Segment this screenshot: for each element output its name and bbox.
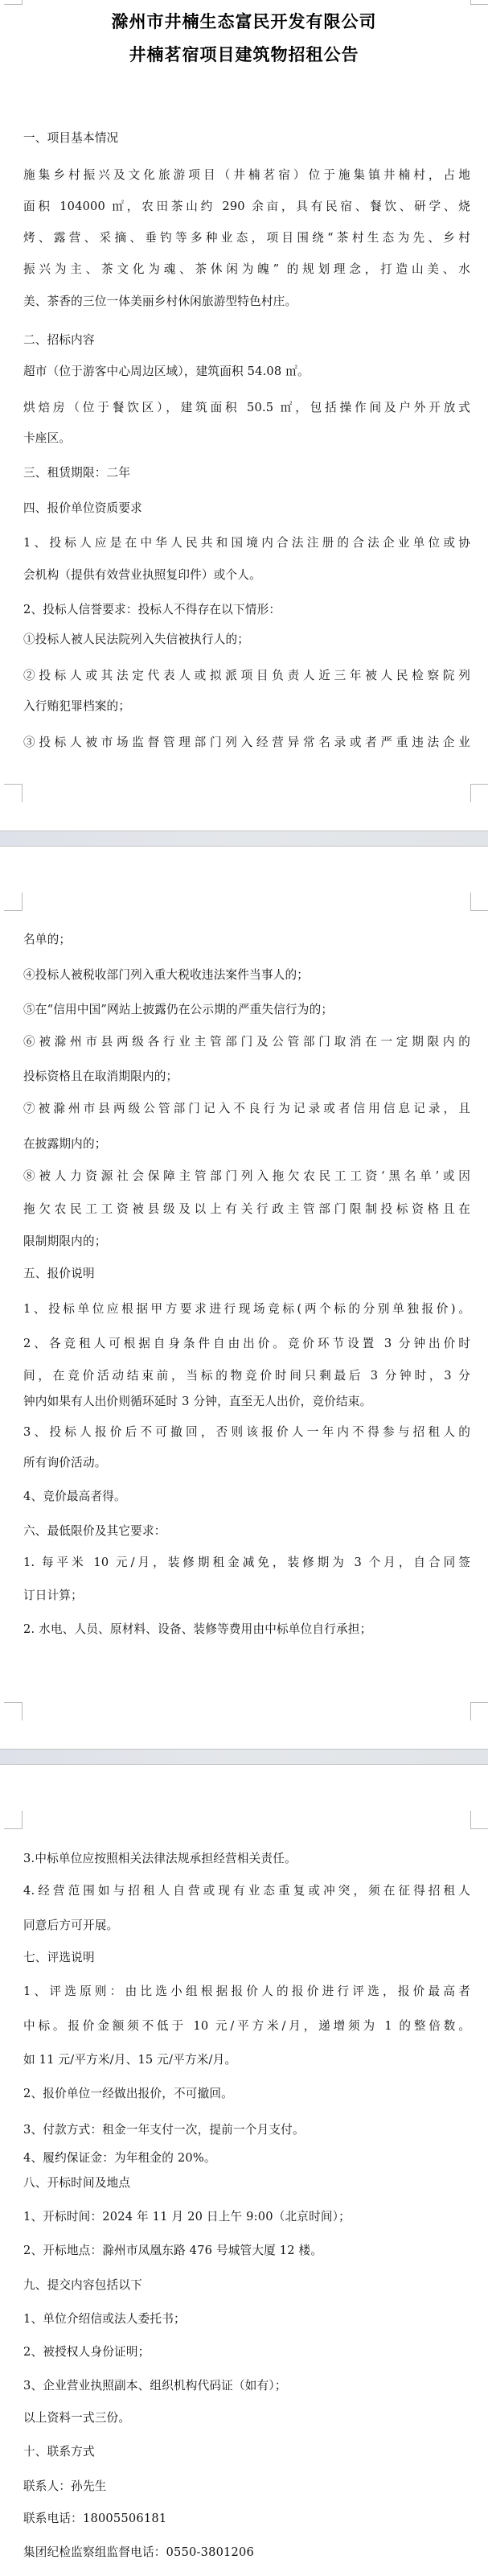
document-text-line: 间，在竞价活动结束前，当标的物竞价时间只剩最后 3 分钟时，3 分 <box>23 1368 470 1384</box>
document-text-line: 十、联系方式 <box>23 2444 474 2460</box>
document-text-line: 四、报价单位资质要求 <box>23 501 474 517</box>
document-text-line: 3、投标人报价后不可撤回，否则该报价人一年内不得参与招租人的 <box>23 1424 470 1440</box>
page-margin-mark <box>4 784 23 802</box>
page-margin-mark <box>470 892 488 911</box>
document-text-line: 振兴为主、茶文化为魂、茶休闲为魄” 的规划理念，打造山美、水 <box>23 262 470 278</box>
document-text-line: 投标资格且在取消期限内的； <box>23 1069 474 1085</box>
document-text-line: 3.中标单位应按照相关法律法规承担经营相关责任。 <box>23 1851 474 1867</box>
document-text-line: 3、企业营业执照副本、组织机构代码证（如有）； <box>23 2378 474 2394</box>
document-text-line: 1、投标单位应根据甲方要求进行现场竞标(两个标的分别单独报价)。 <box>23 1301 470 1317</box>
document-text-line: 1. 每平米 10 元/月，装修期租金减免，装修期为 3 个月，自合同签 <box>23 1555 470 1571</box>
document-text-line: 三、租赁期限：二年 <box>23 465 474 481</box>
document-text-line: 烤、露营、采摘、垂钓等多种业态，项目围绕“茶村生态为先、乡村 <box>23 230 470 246</box>
document-text-line: 1、评选原则：由比选小组根据报价人的报价进行评选，报价最高者 <box>23 1984 470 2000</box>
document-text-line: 2、开标地点：滁州市凤凰东路 476 号城管大厦 12 楼。 <box>23 2243 474 2259</box>
document-title-company: 滁州市井楠生态富民开发有限公司 <box>0 11 488 32</box>
document-text-line: 入行贿犯罪档案的； <box>23 699 474 715</box>
document-text-line: 八、开标时间及地点 <box>23 2175 474 2191</box>
page-margin-mark <box>470 1811 488 1829</box>
document-text-line: 联系电话：18005506181 <box>23 2511 474 2527</box>
document-text-line: 五、报价说明 <box>23 1266 474 1282</box>
document-text-line: 订日计算； <box>23 1588 474 1604</box>
document-text-line: ⑧被人力资源社会保障主管部门列入拖欠农民工工资‘黑名单’或因 <box>23 1168 470 1185</box>
document-text-line: 美、茶香的三位一体美丽乡村休闲旅游型特色村庄。 <box>23 294 474 310</box>
document-text-line: 4.经营范围如与招租人自营或现有业态重复或冲突，须在征得招租人 <box>23 1883 470 1899</box>
document-text-line: ⑤在“信用中国”网站上披露仍在公示期的严重失信行为的； <box>23 1002 474 1018</box>
page-margin-mark <box>470 0 488 5</box>
document-text-line: 2、被授权人身份证明； <box>23 2344 474 2360</box>
document-text-line: ②投标人或其法定代表人或拟派项目负责人近三年被人民检察院列 <box>23 668 470 684</box>
document-text-line: 九、提交内容包括以下 <box>23 2277 474 2294</box>
document-text-line: 3、付款方式：租金一年支付一次，提前一个月支付。 <box>23 2122 474 2138</box>
document-text-line: 2. 水电、人员、原材料、设备、装修等费用由中标单位自行承担； <box>23 1622 474 1638</box>
document-text-line: 同意后方可开展。 <box>23 1918 474 1934</box>
document-text-line: 七、评选说明 <box>23 1950 474 1966</box>
document-text-line: 4、履约保证金：为年租金的 20%。 <box>23 2150 474 2166</box>
document-text-line: 以上资料一式三份。 <box>23 2410 474 2426</box>
document-text-line: 4、竞价最高者得。 <box>23 1489 474 1505</box>
document-text-line: 一、项目基本情况 <box>23 130 474 146</box>
document-text-line: 施集乡村振兴及文化旅游项目（井楠茗宿）位于施集镇井楠村，占地 <box>23 167 470 183</box>
page-separator <box>0 1749 488 1765</box>
document-text-line: ③投标人被市场监督管理部门列入经营异常名录或者严重违法企业 <box>23 735 470 751</box>
document-text-line: 卡座区。 <box>23 431 474 447</box>
page-separator <box>0 831 488 847</box>
page-margin-mark <box>4 892 23 911</box>
document-text-line: 如 11 元/平方米/月、15 元/平方米/月。 <box>23 2052 474 2068</box>
document-text-line: 六、最低限价及其它要求： <box>23 1523 474 1539</box>
document-text-line: ④投标人被税收部门列入重大税收违法案件当事人的； <box>23 967 474 983</box>
page-margin-mark <box>470 1702 488 1721</box>
document-text-line: ①投标人被人民法院列入失信被执行人的； <box>23 632 474 648</box>
document-text-line: ⑦被滁州市县两级公管部门记入不良行为记录或者信用信息记录，且 <box>23 1101 470 1117</box>
document-text-line: 1、投标人应是在中华人民共和国境内合法注册的合法企业单位或协 <box>23 535 470 551</box>
document-text-line: 面积 104000 ㎡，农田茶山约 290 余亩，具有民宿、餐饮、研学、烧 <box>23 199 470 215</box>
document-text-line: 集团纪检监察组监督电话：0550-3801206 <box>23 2545 474 2561</box>
document-text-line: 联系人：孙先生 <box>23 2479 474 2495</box>
document-text-line: 会机构（提供有效营业执照复印件）或个人。 <box>23 567 474 583</box>
document-text-line: 中标。报价金额须不低于 10 元/平方米/月，递增须为 1 的整倍数。 <box>23 2018 470 2034</box>
document-text-line: 超市（位于游客中心周边区域），建筑面积 54.08 ㎡。 <box>23 364 474 380</box>
document-text-line: 拖欠农民工工资被县级及以上有关行政主管部门限制投标资格且在 <box>23 1201 470 1218</box>
document-text-line: 二、招标内容 <box>23 332 474 348</box>
document-text-line: 1、开标时间：2024 年 11 月 20 日上午 9:00（北京时间）； <box>23 2209 474 2225</box>
document-text-line: 2、各竞租人可根据自身条件自由出价。竞价环节设置 3 分钟出价时 <box>23 1336 470 1352</box>
page-margin-mark <box>4 1702 23 1721</box>
document-text-line: 名单的； <box>23 932 474 948</box>
document-text-line: 钟内如果有人出价则循环延时 3 分钟，直至无人出价，竞价结束。 <box>23 1394 474 1410</box>
document-text-line: ⑥被滁州市县两级各行业主管部门及公管部门取消在一定期限内的 <box>23 1034 470 1050</box>
document-text-line: 2、报价单位一经做出报价，不可撤回。 <box>23 2086 474 2102</box>
page-margin-mark <box>4 1811 23 1829</box>
document-text-line: 在披露期内的； <box>23 1136 474 1152</box>
document-text-line: 所有询价活动。 <box>23 1455 474 1471</box>
page-margin-mark <box>470 784 488 802</box>
document-text-line: 烘焙房（位于餐饮区），建筑面积 50.5 ㎡，包括操作间及户外开放式 <box>23 400 470 416</box>
document-title-announcement: 井楠茗宿项目建筑物招租公告 <box>0 44 488 65</box>
document-text-line: 1、单位介绍信或法人委托书； <box>23 2311 474 2327</box>
document-text-line: 2、投标人信誉要求：投标人不得存在以下情形： <box>23 602 474 618</box>
page-margin-mark <box>4 0 23 5</box>
document-text-line: 限制期限内的； <box>23 1234 474 1250</box>
